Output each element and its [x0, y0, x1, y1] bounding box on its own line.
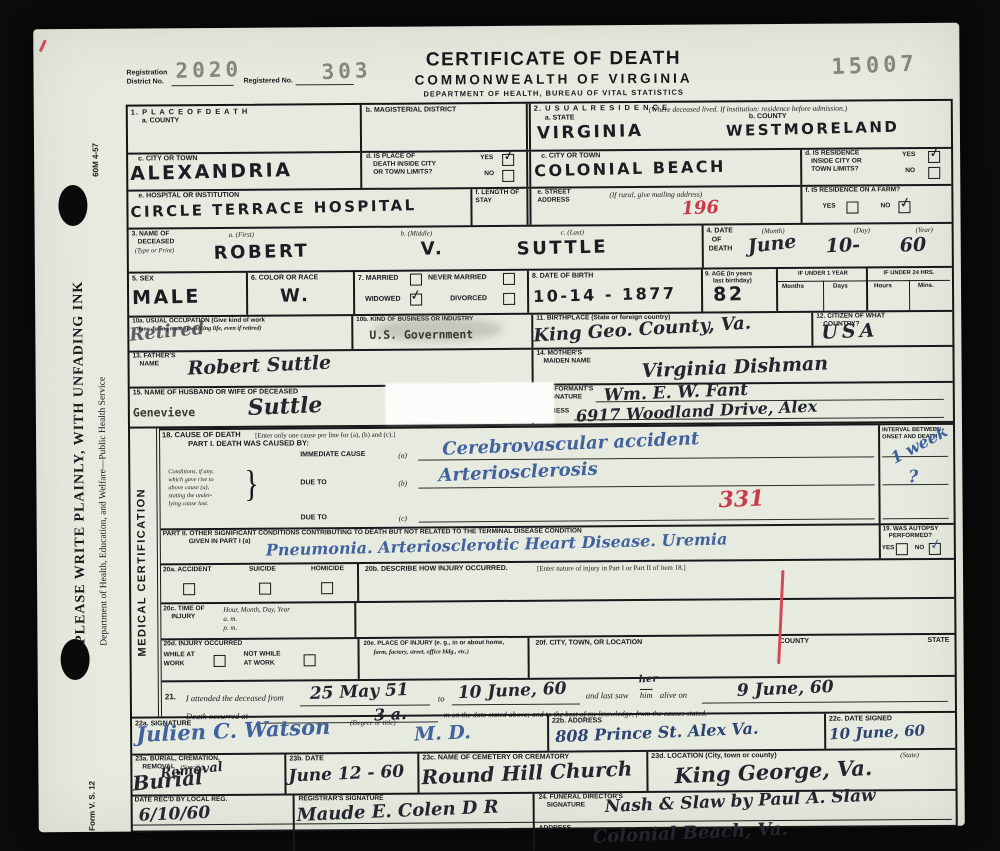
dod-month-value: June: [747, 230, 798, 257]
conditions-note-5: lying cause last.: [169, 500, 209, 507]
attended-phrase-1: I attended the deceased from: [186, 693, 284, 704]
medical-certification-label: MEDICAL CERTIFICATION: [136, 436, 149, 708]
last-alive-line: [702, 701, 948, 704]
district-number-stamp: 2020: [175, 57, 242, 83]
last-name-value: SUTTLE: [517, 236, 609, 259]
stock-code: 60M 4-57: [92, 77, 101, 177]
due-to-c-label: DUE TO: [301, 514, 327, 522]
res-limits-no-label: NO: [905, 168, 915, 175]
row-occupation-birthplace: 10a. USUAL OCCUPATION (Give kind of work…: [129, 310, 952, 351]
street-address-value: 196: [681, 197, 719, 220]
father-label-1: 13. FATHER'S: [132, 353, 175, 360]
injury-location-cell: 20f. CITY, TOWN, OR LOCATION COUNTY STAT…: [527, 635, 954, 678]
married-label: 7. MARRIED: [358, 275, 399, 283]
attended-phrase-2: and last saw: [586, 690, 629, 700]
red-corner-mark: [39, 39, 47, 52]
registration-blank: [172, 85, 234, 86]
row-hospital-street: e. HOSPITAL OR INSTITUTION CIRCLE TERRAC…: [128, 184, 951, 228]
hospital-value: CIRCLE TERRACE HOSPITAL: [130, 196, 417, 221]
row-injury-occurred: 20d. INJURY OCCURRED WHILE AT WORK NOT W…: [161, 633, 954, 681]
business-value: U.S. Government: [369, 327, 473, 342]
injury-city-label: 20f. CITY, TOWN, OR LOCATION: [535, 639, 642, 647]
county-label: a. COUNTY: [142, 117, 179, 125]
registration-label-2: District No.: [127, 78, 164, 86]
residence-city-value: COLONIAL BEACH: [534, 157, 726, 181]
autopsy-no-checkmark: ✓: [928, 536, 943, 554]
under-24h-label: IF UNDER 24 HRS.: [868, 270, 950, 277]
farm-yes-label: YES: [822, 204, 835, 211]
divorced-checkbox: [503, 293, 515, 305]
am-label: a. m.: [223, 615, 237, 623]
row-city-limits: c. CITY OR TOWN ALEXANDRIA d. IS PLACE O…: [128, 147, 951, 190]
row-registrar-funeral: DATE REC'D BY LOCAL REG. 6/10/60 REGISTR…: [133, 789, 956, 851]
res-limits-yes-checkmark: ✓: [928, 144, 943, 162]
margin-department-note: Department of Health, Education, and Wel…: [97, 232, 110, 646]
never-married-label: NEVER MARRIED: [428, 274, 487, 282]
autopsy-yes-label: YES: [882, 545, 894, 552]
row-accident: 20a. ACCIDENT SUICIDE HOMICIDE 20b. DESC…: [161, 558, 954, 603]
place-limits-yes-label: YES: [480, 155, 493, 162]
street-label-2: ADDRESS: [537, 198, 569, 205]
time-injury-label-1: 20c. TIME OF: [163, 606, 204, 613]
burial-date-value: June 12 - 60: [288, 762, 404, 787]
while-at-work-checkbox: [214, 655, 226, 667]
age-value: 82: [713, 283, 745, 306]
conditions-brace: }: [244, 463, 259, 506]
residence-state-value: VIRGINIA: [537, 121, 644, 144]
conditions-note-4: stating the under-: [168, 492, 212, 499]
cause-a-label: (a): [398, 451, 407, 460]
length-of-stay-label-1: f. LENGTH OF: [475, 190, 519, 197]
row-time-of-injury: 20c. TIME OF INJURY Hour, Month, Day, Ye…: [161, 597, 954, 639]
race-value: W.: [280, 285, 311, 307]
date-received-value: 6/10/60: [138, 803, 210, 826]
autopsy-label-2: PERFORMED?: [889, 533, 932, 540]
not-while-label: NOT WHILE: [244, 652, 281, 659]
cause-b-line: [418, 484, 874, 488]
sex-value: MALE: [132, 285, 201, 309]
city-of-death-value: ALEXANDRIA: [130, 159, 293, 185]
whiteout-box: [386, 383, 554, 424]
res-limits-yes-label: YES: [902, 152, 915, 159]
place-limits-no-label: NO: [484, 171, 494, 178]
divorced-label: DIVORCED: [450, 295, 487, 303]
farm-label: f. IS RESIDENCE ON A FARM?: [805, 187, 900, 195]
certificate-dept-line: DEPARTMENT OF HEALTH, BUREAU OF VITAL ST…: [354, 88, 754, 99]
cause-b-label: (b): [398, 479, 407, 488]
widowed-checkmark: ✓: [408, 287, 423, 305]
suicide-label: SUICIDE: [249, 567, 276, 574]
certificate-title: CERTIFICATE OF DEATH: [353, 48, 753, 71]
attended-from-value: 25 May 51: [309, 680, 409, 704]
attended-to-value: 10 June, 60: [457, 679, 566, 704]
date-of-death-label-3: DEATH: [709, 245, 733, 253]
race-label: 6. COLOR OR RACE: [251, 274, 318, 282]
place-limits-label-3: OR TOWN LIMITS?: [373, 169, 432, 176]
burial-value: Burial: [131, 765, 203, 795]
sex-label: 5. SEX: [132, 275, 154, 282]
place-of-injury-label-1: 20e. PLACE OF INJURY (e. g., in or about…: [363, 640, 504, 647]
attended-to-label: to: [438, 693, 445, 703]
row-physician-signature: 22a. SIGNATURE (Degree or title) Julien …: [132, 711, 955, 754]
item21-number: 21.: [165, 693, 176, 701]
punch-hole-top: [58, 185, 87, 226]
not-while-at-work-checkbox: [304, 654, 316, 666]
homicide-label: HOMICIDE: [311, 566, 344, 573]
describe-injury-label: 20b. DESCRIBE HOW INJURY OCCURRED.: [365, 565, 508, 573]
date-of-birth-label: 8. DATE OF BIRTH: [532, 272, 593, 280]
time-injury-empty-cell: [354, 599, 954, 637]
conditions-note-2: which gave rise to: [168, 476, 213, 483]
at-work-label: AT WORK: [244, 661, 275, 668]
cause-b-value: Arteriosclerosis: [438, 459, 598, 487]
registered-blank: [296, 84, 354, 85]
place-of-injury-label-2: farm, factory, street, office bldg., etc…: [374, 648, 469, 656]
cemetery-location-value: King George, Va.: [674, 755, 873, 788]
row-cause-of-death: 18. CAUSE OF DEATH [Enter only one cause…: [160, 423, 954, 529]
residence-county-label: b. COUNTY: [749, 113, 787, 121]
interval-question: ?: [908, 467, 919, 487]
suicide-checkbox: [259, 583, 271, 595]
magisterial-district-label: b. MAGISTERIAL DISTRICT: [366, 106, 457, 114]
funeral-address-value: Colonial Beach, Va.: [592, 819, 788, 848]
widowed-label: WIDOWED: [365, 296, 400, 304]
mins-label: Mins.: [918, 283, 934, 290]
due-to-b-label: DUE TO: [300, 479, 326, 487]
hours-mins-divider: [909, 280, 910, 310]
part2-label-2: GIVEN IN PART I (a): [189, 539, 251, 546]
part1-label: PART I. DEATH WAS CAUSED BY:: [188, 439, 309, 448]
farm-yes-checkbox: [846, 201, 858, 213]
never-married-checkbox: [503, 273, 515, 285]
first-name-label: a. (First): [229, 231, 254, 239]
row-place-residence-header: 1. P L A C E O F D E A T H a. COUNTY b. …: [128, 101, 951, 153]
married-checkbox: [410, 274, 422, 286]
degree-value: M. D.: [414, 721, 472, 745]
date-of-birth-value: 10-14 - 1877: [533, 284, 677, 306]
first-name-value: ROBERT: [214, 240, 310, 263]
dod-year-value: 60: [899, 234, 926, 257]
place-limits-no-checkbox: [502, 170, 514, 182]
work-label: WORK: [164, 661, 185, 668]
months-label: Months: [782, 284, 804, 291]
form-number: Form V. S. 12: [88, 741, 97, 831]
time-injury-hint: Hour, Month, Day, Year: [223, 605, 290, 613]
interval-line-c: [883, 518, 949, 519]
hospital-label: e. HOSPITAL OR INSTITUTION: [138, 192, 239, 200]
medical-certification-strip: MEDICAL CERTIFICATION: [130, 428, 162, 716]
pm-label: p. m.: [223, 624, 237, 632]
mother-value: Virginia Dishman: [641, 352, 828, 382]
injury-occurred-label: 20d. INJURY OCCURRED: [163, 641, 242, 648]
months-days-divider: [823, 281, 824, 311]
middle-name-value: V.: [420, 238, 444, 260]
dod-day-value: 10-: [825, 234, 860, 257]
res-limits-label-3: TOWN LIMITS?: [811, 166, 859, 173]
physician-signature-value: Julien C. Watson: [136, 714, 331, 747]
accident-label: 20a. ACCIDENT: [163, 567, 212, 574]
certificate-paper: 60M 4-57 PLEASE WRITE PLAINLY, WITH UNFA…: [33, 23, 965, 832]
row-sex-race-marital: 5. SEX MALE 6. COLOR OR RACE W. 7. MARRI…: [129, 266, 952, 316]
citizen-value: USA: [821, 319, 879, 343]
mother-label-2: MAIDEN NAME: [544, 358, 591, 365]
punch-hole-bottom: [60, 639, 89, 680]
serial-number-stamp: 15007: [831, 52, 918, 81]
middle-name-label: b. (Middle): [401, 229, 433, 237]
row-father-mother: 13. FATHER'S NAME Robert Suttle 14. MOTH…: [129, 345, 952, 387]
attended-him-word: him: [640, 690, 653, 700]
days-label: Days: [833, 284, 848, 291]
homicide-checkbox: [321, 582, 333, 594]
attended-to-line: [452, 703, 580, 705]
certificate-subtitle: COMMONWEALTH OF VIRGINIA: [354, 71, 754, 88]
attended-from-line: [300, 704, 430, 706]
injury-state-label: STATE: [927, 637, 949, 644]
father-value: Robert Suttle: [187, 352, 331, 380]
farm-no-checkmark: ✓: [898, 194, 913, 212]
cause-a-value: Cerebrovascular accident: [442, 428, 700, 460]
cause-c-label: (c): [399, 514, 407, 523]
while-at-label: WHILE AT: [164, 652, 195, 659]
burial-date-label: 23b. DATE: [289, 755, 324, 763]
medical-certification-section: MEDICAL CERTIFICATION 18. CAUSE OF DEATH…: [130, 421, 955, 717]
physician-address-label: 22b. ADDRESS: [552, 717, 602, 725]
hours-label: Hours: [874, 283, 892, 290]
res-limits-no-checkbox: [928, 167, 940, 179]
spouse-first-value: Genevieve: [133, 405, 195, 419]
injury-county-label: COUNTY: [779, 638, 809, 646]
father-label-2: NAME: [140, 361, 159, 368]
conditions-note-1: Conditions, if any,: [168, 468, 213, 475]
registered-no-label: Registered No.: [244, 77, 293, 85]
date-of-death-label-1: 4. DATE: [707, 227, 733, 235]
conditions-note-3: above cause (a),: [168, 484, 209, 491]
funeral-address-label: ADDRESS: [539, 826, 571, 833]
spouse-last-value: Suttle: [247, 392, 323, 421]
row-part2: PART II. OTHER SIGNIFICANT CONDITIONS CO…: [161, 523, 954, 564]
death-certificate-form: 1. P L A C E O F D E A T H a. COUNTY b. …: [126, 99, 958, 833]
attended-phrase-3: alive on: [660, 690, 687, 700]
describe-injury-paren: [Enter nature of injury in Part I or Par…: [537, 564, 686, 573]
place-of-injury-cell: 20e. PLACE OF INJURY (e. g., in or about…: [357, 638, 529, 679]
name-of-deceased-label-3: (Type or Print): [135, 247, 174, 254]
her-correction: her: [639, 674, 658, 686]
funeral-director-label-2: SIGNATURE: [547, 802, 585, 809]
funeral-director-value: Nash & Slaw by Paul A. Slaw: [604, 786, 876, 817]
write-plainly-note: PLEASE WRITE PLAINLY, WITH UNFADING INK: [71, 234, 90, 644]
residence-state-label: a. STATE: [545, 114, 575, 122]
date-signed-label: 22c. DATE SIGNED: [829, 715, 892, 723]
time-injury-label-2: INJURY: [171, 614, 195, 621]
date-of-death-label-2: OF: [712, 236, 722, 243]
name-of-deceased-label-2: DECEASED: [138, 239, 175, 246]
immediate-cause-label: IMMEDIATE CAUSE: [300, 451, 365, 459]
row-spouse-informant: 15. NAME OF HUSBAND OR WIFE OF DECEASED …: [130, 381, 953, 427]
autopsy-no-label: NO: [915, 545, 924, 552]
place-limits-yes-checkmark: ✓: [502, 147, 517, 165]
last-name-label: c. (Last): [561, 228, 584, 236]
code-331-value: 331: [718, 485, 765, 513]
row-name-dateofdeath: 3. NAME OF DECEASED (Type or Print) a. (…: [129, 222, 952, 272]
death-hour-value: 3 a.: [374, 704, 407, 724]
length-of-stay-label-2: STAY: [475, 198, 492, 205]
date-signed-value: 10 June, 60: [829, 721, 926, 743]
cemetery-state-label: (State): [900, 751, 919, 759]
under-1yr-label: IF UNDER 1 YEAR: [778, 270, 868, 277]
autopsy-yes-checkbox: [896, 543, 908, 555]
interval-cell: INTERVAL BETWEEN ONSET AND DEATH 1 week …: [878, 425, 952, 524]
registration-label-1: Registration: [126, 69, 167, 77]
residence-city-label: c. CITY OR TOWN: [541, 152, 600, 160]
describe-injury-cell: 20b. DESCRIBE HOW INJURY OCCURRED. [Ente…: [357, 560, 954, 601]
residence-county-value: WESTMORELAND: [726, 118, 900, 140]
accident-checkbox: [183, 583, 195, 595]
last-alive-value: 9 June, 60: [736, 677, 834, 701]
place-of-death-label: 1. P L A C E O F D E A T H: [131, 108, 249, 117]
farm-no-label: NO: [880, 203, 890, 210]
cause-c-line: [419, 518, 875, 522]
autopsy-cell: 19. WAS AUTOPSY PERFORMED? YES NO ✓: [879, 525, 952, 559]
